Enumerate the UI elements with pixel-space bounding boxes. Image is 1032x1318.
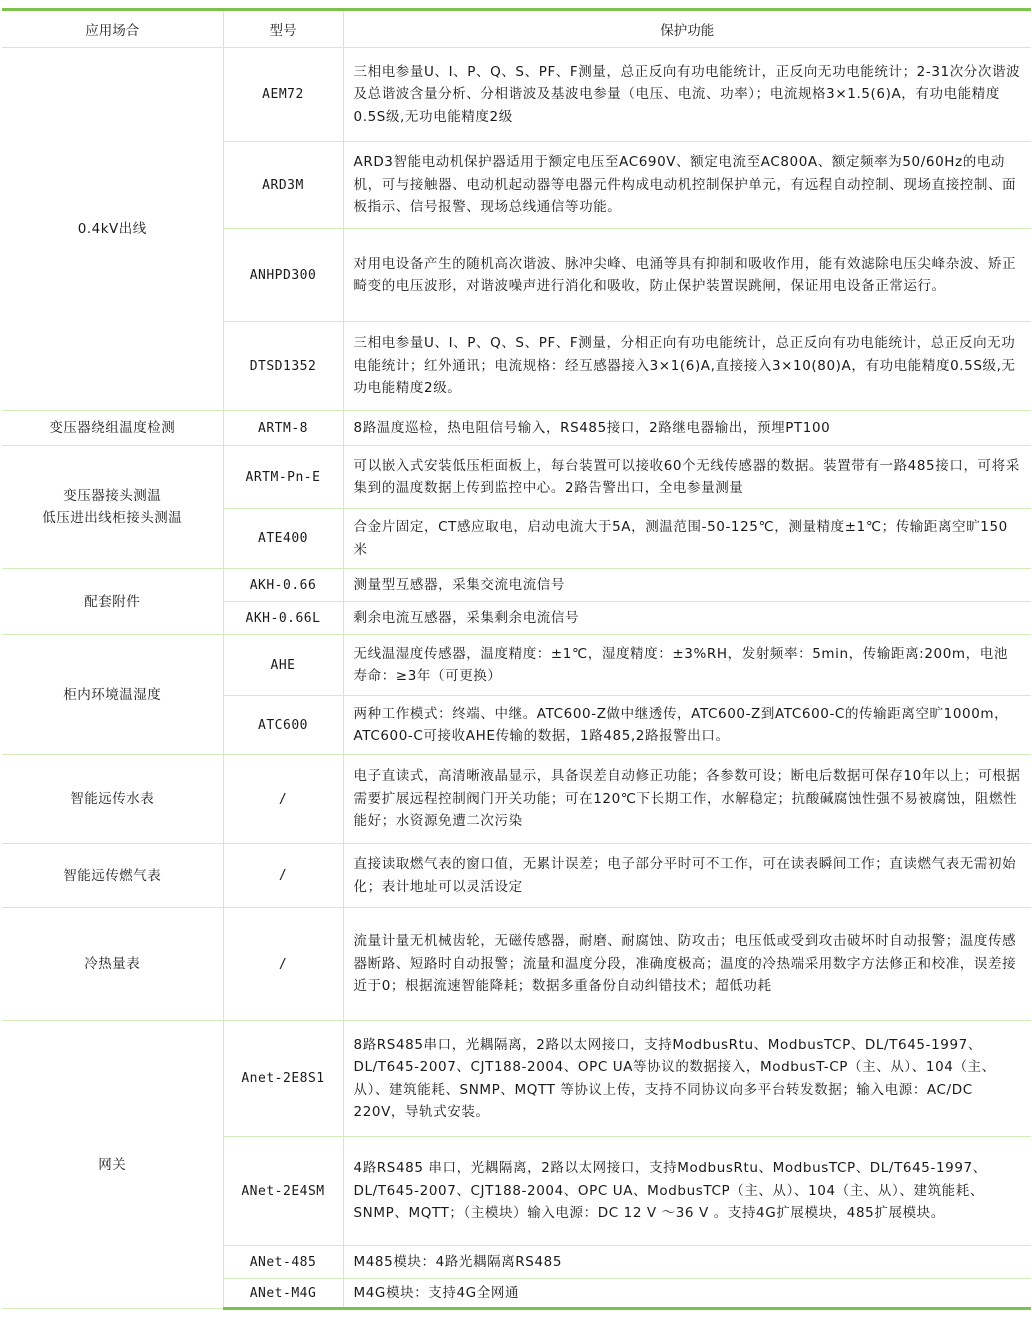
function-cell: 无线温湿度传感器，温度精度：±1℃，湿度精度：±3%RH，发射频率：5min，传… [343,635,1031,696]
model-cell: / [223,755,343,844]
scene-cell: 0.4kV出线 [2,48,223,411]
function-cell: 可以嵌入式安装低压柜面板上，每台装置可以接收60个无线传感器的数据。装置带有一路… [343,446,1031,509]
function-cell: 8路温度巡检，热电阻信号输入，RS485接口，2路继电器输出，预埋PT100 [343,411,1031,446]
scene-label: 变压器绕组温度检测 [2,417,223,439]
model-cell: ATC600 [223,696,343,755]
table-row: 柜内环境温湿度 AHE 无线温湿度传感器，温度精度：±1℃，湿度精度：±3%RH… [2,635,1031,696]
model-cell: AHE [223,635,343,696]
table-row: 智能远传燃气表 / 直接读取燃气表的窗口值，无累计误差；电子部分平时可不工作，可… [2,844,1031,908]
table-row: 智能远传水表 / 电子直读式，高清晰液晶显示，具备误差自动修正功能；各参数可设；… [2,755,1031,844]
model-cell: DTSD1352 [223,322,343,411]
table-row: 冷热量表 / 流量计量无机械齿轮，无磁传感器，耐磨、耐腐蚀、防攻击；电压低或受到… [2,908,1031,1021]
scene-cell: 变压器绕组温度检测 [2,411,223,446]
model-cell: ARTM-Pn-E [223,446,343,509]
model-cell: / [223,844,343,908]
function-cell: M485模块：4路光耦隔离RS485 [343,1246,1031,1279]
scene-label: 网关 [2,1154,223,1176]
model-cell: Anet-2E8S1 [223,1021,343,1137]
function-cell: 4路RS485 串口，光耦隔离，2路以太网接口，支持ModbusRtu、Modb… [343,1137,1031,1246]
function-cell: ARD3智能电动机保护器适用于额定电压至AC690V、额定电流至AC800A、额… [343,142,1031,229]
scene-label: 配套附件 [2,591,223,613]
model-cell: ANet-2E4SM [223,1137,343,1246]
function-cell: 流量计量无机械齿轮，无磁传感器，耐磨、耐腐蚀、防攻击；电压低或受到攻击破坏时自动… [343,908,1031,1021]
header-scene: 应用场合 [2,10,223,48]
function-cell: 测量型互感器，采集交流电流信号 [343,569,1031,602]
model-cell: AEM72 [223,48,343,142]
header-function: 保护功能 [343,10,1031,48]
function-cell: 三相电参量U、I、P、Q、S、PF、F测量，分相正向有功电能统计，总正反向有功电… [343,322,1031,411]
scene-cell: 变压器接头测温 低压进出线柜接头测温 [2,446,223,569]
function-cell: 两种工作模式：终端、中继。ATC600-Z做中继透传，ATC600-Z到ATC6… [343,696,1031,755]
scene-label: 0.4kV出线 [2,218,223,240]
model-cell: ANet-485 [223,1246,343,1279]
table-row: 0.4kV出线 AEM72 三相电参量U、I、P、Q、S、PF、F测量，总正反向… [2,48,1031,142]
product-spec-table: 应用场合 型号 保护功能 0.4kV出线 AEM72 三相电参量U、I、P、Q、… [2,8,1031,1310]
scene-label: 柜内环境温湿度 [2,684,223,706]
scene-cell: 配套附件 [2,569,223,635]
scene-cell: 智能远传水表 [2,755,223,844]
scene-label: 智能远传水表 [2,788,223,810]
model-cell: / [223,908,343,1021]
table-header-row: 应用场合 型号 保护功能 [2,10,1031,48]
function-cell: 对用电设备产生的随机高次谐波、脉冲尖峰、电涌等具有抑制和吸收作用，能有效滤除电压… [343,229,1031,322]
model-cell: AKH-0.66 [223,569,343,602]
function-cell: 三相电参量U、I、P、Q、S、PF、F测量，总正反向有功电能统计，正反向无功电能… [343,48,1031,142]
function-cell: 剩余电流互感器，采集剩余电流信号 [343,602,1031,635]
model-cell: ANHPD300 [223,229,343,322]
model-cell: AKH-0.66L [223,602,343,635]
model-cell: ATE400 [223,509,343,569]
scene-label: 智能远传燃气表 [2,865,223,887]
scene-cell: 网关 [2,1021,223,1309]
scene-cell: 柜内环境温湿度 [2,635,223,755]
scene-cell: 智能远传燃气表 [2,844,223,908]
scene-label: 低压进出线柜接头测温 [2,507,223,529]
function-cell: 直接读取燃气表的窗口值，无累计误差；电子部分平时可不工作，可在读表瞬间工作；直读… [343,844,1031,908]
model-cell: ARTM-8 [223,411,343,446]
model-cell: ARD3M [223,142,343,229]
model-cell: ANet-M4G [223,1279,343,1309]
header-model: 型号 [223,10,343,48]
scene-cell: 冷热量表 [2,908,223,1021]
table-row: 网关 Anet-2E8S1 8路RS485串口，光耦隔离，2路以太网接口，支持M… [2,1021,1031,1137]
table-row: 变压器接头测温 低压进出线柜接头测温 ARTM-Pn-E 可以嵌入式安装低压柜面… [2,446,1031,509]
scene-label: 冷热量表 [2,953,223,975]
table-row: 配套附件 AKH-0.66 测量型互感器，采集交流电流信号 [2,569,1031,602]
table-row: 变压器绕组温度检测 ARTM-8 8路温度巡检，热电阻信号输入，RS485接口，… [2,411,1031,446]
function-cell: 合金片固定，CT感应取电，启动电流大于5A，测温范围-50-125℃，测量精度±… [343,509,1031,569]
function-cell: 电子直读式，高清晰液晶显示，具备误差自动修正功能；各参数可设；断电后数据可保存1… [343,755,1031,844]
scene-label: 变压器接头测温 [2,485,223,507]
function-cell: M4G模块：支持4G全网通 [343,1279,1031,1309]
function-cell: 8路RS485串口，光耦隔离，2路以太网接口，支持ModbusRtu、Modbu… [343,1021,1031,1137]
